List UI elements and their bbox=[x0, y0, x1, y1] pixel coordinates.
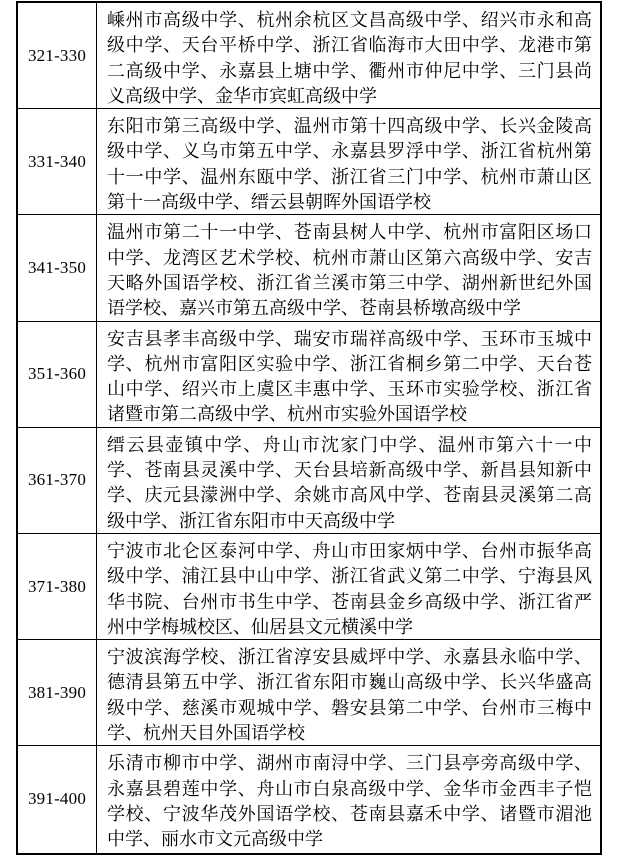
table-row: 371-380 宁波市北仑区泰河中学、舟山市田家炳中学、台州市振华高级中学、浦江… bbox=[18, 534, 600, 640]
rank-range-cell: 321-330 bbox=[18, 3, 97, 108]
rank-range-cell: 381-390 bbox=[18, 640, 97, 745]
rank-range-cell: 371-380 bbox=[18, 534, 97, 639]
schools-cell: 乐清市柳市中学、湖州市南浔中学、三门县亭旁高级中学、永嘉县碧莲中学、舟山市白泉高… bbox=[97, 746, 600, 852]
table-row: 331-340 东阳市第三高级中学、温州市第十四高级中学、长兴金陵高级中学、义乌… bbox=[18, 109, 600, 215]
schools-cell: 缙云县壶镇中学、舟山市沈家门中学、温州市第六十一中学、苍南县灵溪中学、天台县培新… bbox=[97, 428, 600, 533]
table-row: 361-370 缙云县壶镇中学、舟山市沈家门中学、温州市第六十一中学、苍南县灵溪… bbox=[18, 428, 600, 534]
rank-range-cell: 361-370 bbox=[18, 428, 97, 533]
table-row: 391-400 乐清市柳市中学、湖州市南浔中学、三门县亭旁高级中学、永嘉县碧莲中… bbox=[18, 746, 600, 852]
schools-cell: 温州市第二十一中学、苍南县树人中学、杭州市富阳区场口中学、龙湾区艺术学校、杭州市… bbox=[97, 215, 600, 320]
school-ranking-table: 321-330 嵊州市高级中学、杭州余杭区文昌高级中学、绍兴市永和高级中学、天台… bbox=[16, 1, 602, 855]
table-row: 341-350 温州市第二十一中学、苍南县树人中学、杭州市富阳区场口中学、龙湾区… bbox=[18, 215, 600, 321]
schools-cell: 东阳市第三高级中学、温州市第十四高级中学、长兴金陵高级中学、义乌市第五中学、永嘉… bbox=[97, 109, 600, 214]
table-row: 321-330 嵊州市高级中学、杭州余杭区文昌高级中学、绍兴市永和高级中学、天台… bbox=[18, 3, 600, 109]
table-row: 381-390 宁波滨海学校、浙江省淳安县威坪中学、永嘉县永临中学、德清县第五中… bbox=[18, 640, 600, 746]
rank-range-cell: 341-350 bbox=[18, 215, 97, 320]
schools-cell: 宁波滨海学校、浙江省淳安县威坪中学、永嘉县永临中学、德清县第五中学、浙江省东阳市… bbox=[97, 640, 600, 745]
table-row: 351-360 安吉县孝丰高级中学、瑞安市瑞祥高级中学、玉环市玉城中学、杭州市富… bbox=[18, 322, 600, 428]
schools-cell: 嵊州市高级中学、杭州余杭区文昌高级中学、绍兴市永和高级中学、天台平桥中学、浙江省… bbox=[97, 3, 600, 108]
schools-cell: 宁波市北仑区泰河中学、舟山市田家炳中学、台州市振华高级中学、浦江县中山中学、浙江… bbox=[97, 534, 600, 639]
schools-cell: 安吉县孝丰高级中学、瑞安市瑞祥高级中学、玉环市玉城中学、杭州市富阳区实验中学、浙… bbox=[97, 322, 600, 427]
rank-range-cell: 351-360 bbox=[18, 322, 97, 427]
rank-range-cell: 391-400 bbox=[18, 746, 97, 852]
rank-range-cell: 331-340 bbox=[18, 109, 97, 214]
